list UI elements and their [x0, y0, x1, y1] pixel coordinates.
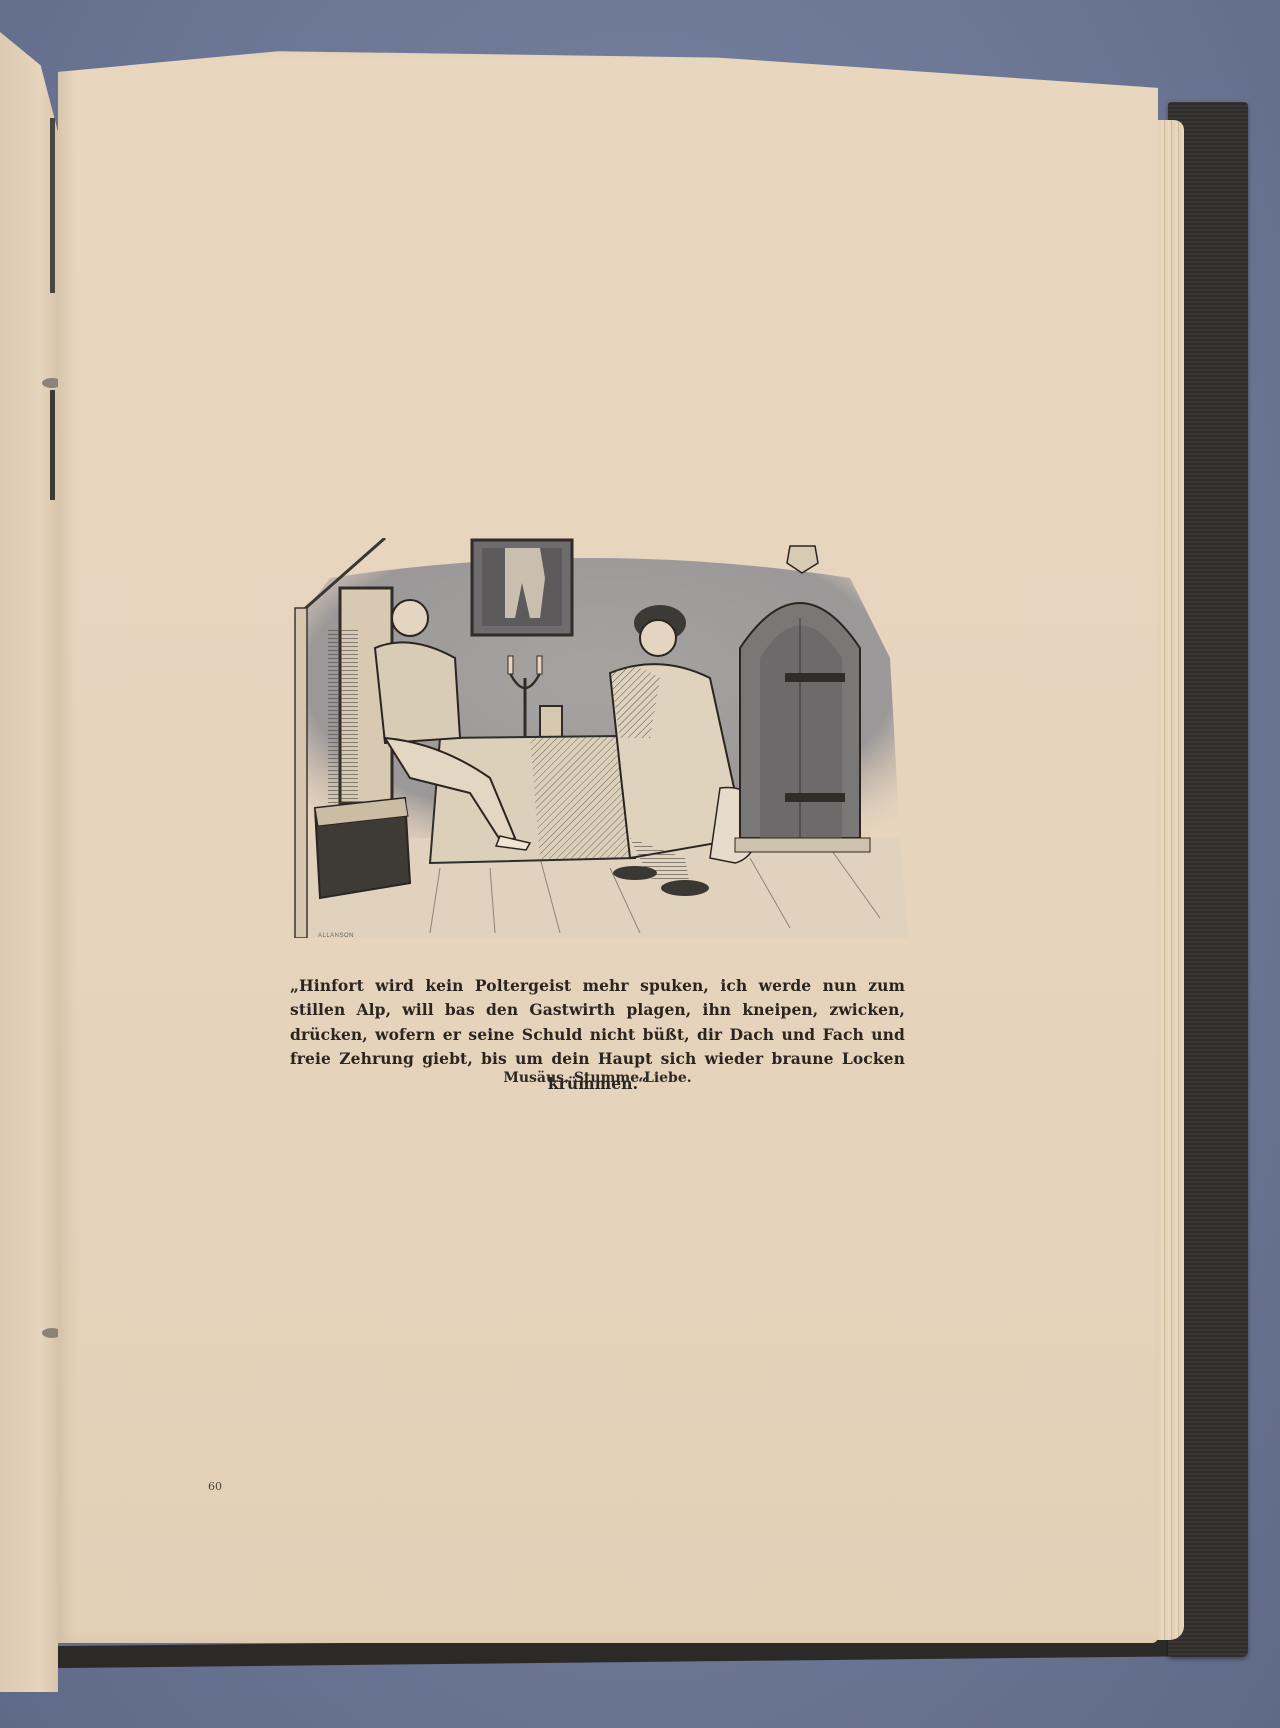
- binding-thread: [50, 118, 55, 293]
- engraver-signature: ALLANSON: [318, 933, 354, 939]
- binding-thread: [50, 390, 55, 500]
- engraving-scene-icon: [290, 538, 908, 938]
- wood-engraving-illustration: [290, 538, 908, 938]
- caption-source: Musäus. Stumme Liebe.: [290, 1070, 905, 1086]
- page-number: 60: [208, 1480, 222, 1493]
